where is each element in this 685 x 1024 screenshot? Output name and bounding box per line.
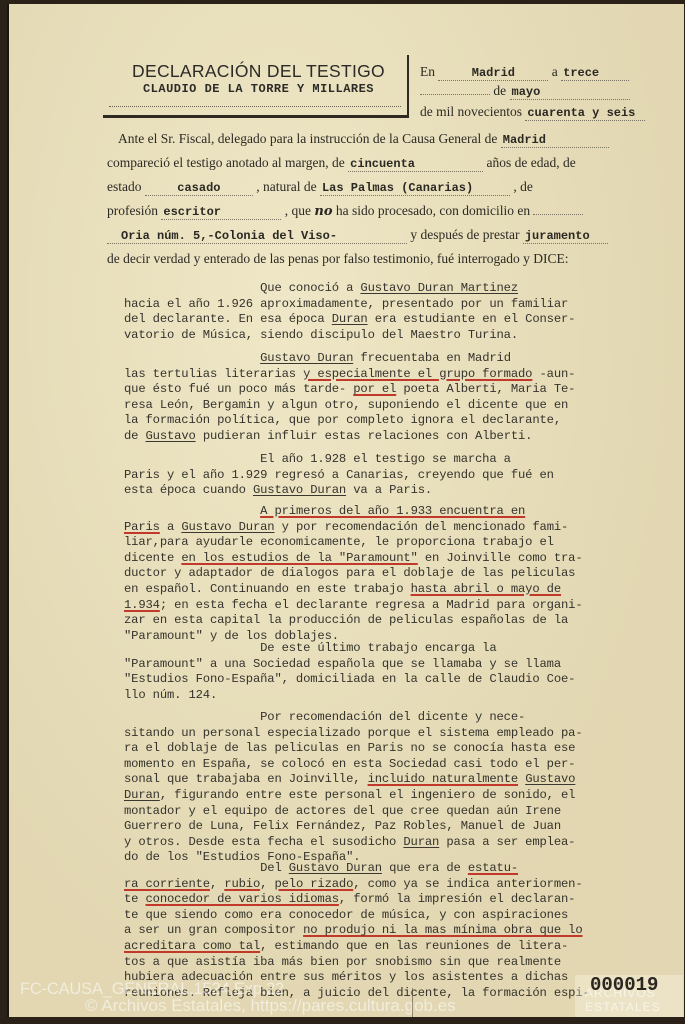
red-underlined-text: acreditara como tal [124,939,260,953]
typed-line: te conocedor de varios idiomas, formó la… [124,892,590,908]
red-underlined-text: 1.934 [124,598,160,612]
natural-label: , natural de [256,179,316,194]
typed-line: las tertulias literarias y especialmente… [124,367,575,383]
typed-line: Del Gustavo Duran que era de estatu- [124,861,590,877]
witness-name: CLAUDIO DE LA TORRE Y MILLARES [111,82,406,96]
typed-line: dicente en los estudios de la "Paramount… [124,551,583,567]
underlined-text: Gustavo [146,429,196,443]
typed-line: Por recomendación del dicente y nece- [124,710,582,726]
typed-line: Paris y el año 1.929 regresó a Canarias,… [124,468,554,484]
typed-line: 1.934; en esta fecha el declarante regre… [124,598,583,614]
form-line-6-text: de decir verdad y enterado de las penas … [107,251,568,266]
form-line-2-suffix: años de edad, de [487,155,576,170]
red-underlined-text: Paris [124,520,160,534]
red-underlined-text: A primeros del año 1.933 encuentra en [260,504,525,518]
profesion-label: profesión [107,203,158,218]
underlined-text: Gustavo Duran [253,483,346,497]
folio-stamp: 000019 [590,974,658,996]
causa-city-field: Madrid [501,133,609,148]
typed-line: la formación política, que por completo … [124,413,575,429]
testimony-paragraph-5: De este último trabajo encarga la"Paramo… [124,641,575,703]
year-field: cuarenta y seis [525,106,645,121]
typed-line: que ésto fué un poco más tarde- por el p… [124,382,575,398]
document-title: DECLARACIÓN DEL TESTIGO [111,61,406,82]
typed-line: ra corriente, rubio, pelo rizado, como y… [124,877,590,893]
red-underlined-text: en los estudios de la "Paramount" [181,551,417,565]
city-field: Madrid [438,66,548,81]
typed-line: esta época cuando Gustavo Duran va a Par… [124,483,554,499]
natural-field: Las Palmas (Canarias) [320,181,510,196]
typed-line: "Estudios Fono-España", domiciliada en l… [124,672,575,688]
natural-suffix: , de [513,179,533,194]
red-underlined-text: por el [353,382,396,396]
typed-line: zar en esta capital la producción de pel… [124,613,583,629]
estado-field: casado [145,181,253,196]
typed-line: Duran, figurando entre este personal el … [124,788,582,804]
red-underlined-text: conocedor de varios idiomas [146,892,339,906]
dotted-line [420,94,490,95]
typed-line: hacia el año 1.926 aproximadamente, pres… [124,297,575,313]
typed-line: a ser un gran compositor no produjo ni l… [124,923,590,939]
typed-line: Guerrero de Luna, Felix Fernández, Paz R… [124,819,582,835]
typed-line: sonal que trabajaba en Joinville, inclui… [124,772,582,788]
month-field: mayo [510,85,630,100]
typed-line: "Paramount" a una Sociedad española que … [124,657,575,673]
red-underlined-text: pelo rizado [274,877,353,891]
typed-line: ductor y adaptador de dialogos para el d… [124,566,583,582]
testimony-paragraph-4: A primeros del año 1.933 encuentra enPar… [124,504,583,644]
typed-line: A primeros del año 1.933 encuentra en [124,504,583,520]
procesado-field: no [314,204,332,219]
testimony-paragraph-6: Por recomendación del dicente y nece-sit… [124,710,582,866]
typed-line: liar,para ayudarle economicamente, le pr… [124,535,583,551]
underlined-text: Gustavo Duran Martinez [360,281,518,295]
year-prefix: de mil novecientos [420,104,522,119]
typed-line: Paris a Gustavo Duran y por recomendació… [124,520,583,536]
underlined-text: Gustavo Duran [289,861,382,875]
red-underlined-text: hasta abril o mayo de [411,582,561,596]
day-field: trece [561,66,629,81]
red-underlined-text: y especialmente el grupo formado [303,367,532,381]
underlined-text: Duran [124,788,160,802]
underlined-text: Gustavo Duran [181,520,274,534]
de-label: de [493,83,506,98]
testimony-paragraph-2: Gustavo Duran frecuentaba en Madridlas t… [124,351,575,445]
typed-line: sitando un personal especializado porque… [124,726,582,742]
typed-line: resa León, Bergamin y algun otro, suponi… [124,398,575,414]
underlined-text: Gustavo [525,772,575,786]
typed-line: y otros. Desde esta fecha el susodicho D… [124,835,582,851]
typed-line: Gustavo Duran frecuentaba en Madrid [124,351,575,367]
underlined-text: Gustavo Duran [260,351,353,365]
red-underlined-text: ra corriente [124,877,210,891]
red-underlined-text: rubio [224,877,260,891]
age-field: cincuenta [348,157,483,172]
typed-line: vatorio de Música, siendo discipulo del … [124,328,575,344]
document-frame: DECLARACIÓN DEL TESTIGO CLAUDIO DE LA TO… [0,0,685,1024]
typed-line: del declarante. En esa época Duran era e… [124,312,575,328]
bottom-frame-edge [0,1017,685,1024]
form-line-2-text: compareció el testigo anotado al margen,… [107,155,345,170]
typed-line: De este último trabajo encarga la [124,641,575,657]
dotted-line [533,214,583,215]
header-dotted-line [109,106,401,107]
juramento-field: juramento [523,229,608,244]
domicilio-field: Oria núm. 5,-Colonia del Viso- [107,229,407,244]
typed-line: en español. Continuando en este trabajo … [124,582,583,598]
red-underlined-text: estatu- [468,861,518,875]
profesion-field: escritor [161,205,281,220]
typed-line: tos a que asistía iba más bien por snobi… [124,955,590,971]
underlined-text: Duran [332,312,368,326]
red-underlined-text: no produjo ni la mas mínima obra que lo [303,923,582,937]
form-line-1-text: Ante el Sr. Fiscal, delegado para la ins… [118,131,497,146]
a-label: a [552,64,558,79]
typed-line: momento en España, se colocó en esta Soc… [124,757,582,773]
typed-line: Que conoció a Gustavo Duran Martinez [124,281,575,297]
estado-label: estado [107,179,142,194]
typed-line: ra el doblaje de las peliculas en Paris … [124,741,582,757]
typed-line: montador y el equipo de actores del que … [124,804,582,820]
testimony-paragraph-3: El año 1.928 el testigo se marcha aParis… [124,452,554,499]
watermark-credit: © Archivos Estatales, https://pares.cult… [85,996,456,1016]
en-label: En [420,64,435,79]
typed-line: acreditara como tal, estimando que en la… [124,939,590,955]
header-box: DECLARACIÓN DEL TESTIGO CLAUDIO DE LA TO… [103,55,409,118]
typed-line: llo núm. 124. [124,688,575,704]
underlined-text: Duran [403,835,439,849]
red-underlined-text: incluido naturalmente [368,772,518,786]
procesado-suffix: ha sido procesado, con domicilio en [336,203,530,218]
typed-line: El año 1.928 el testigo se marcha a [124,452,554,468]
typed-line: te que siendo como era conocedor de músi… [124,908,590,924]
testimony-paragraph-1: Que conoció a Gustavo Duran Martinezhaci… [124,281,575,343]
despues-label: y después de prestar [410,227,519,242]
typed-line: de Gustavo pudieran influir estas relaci… [124,429,575,445]
que-label: , que [285,203,311,218]
fold-line [412,988,413,1018]
